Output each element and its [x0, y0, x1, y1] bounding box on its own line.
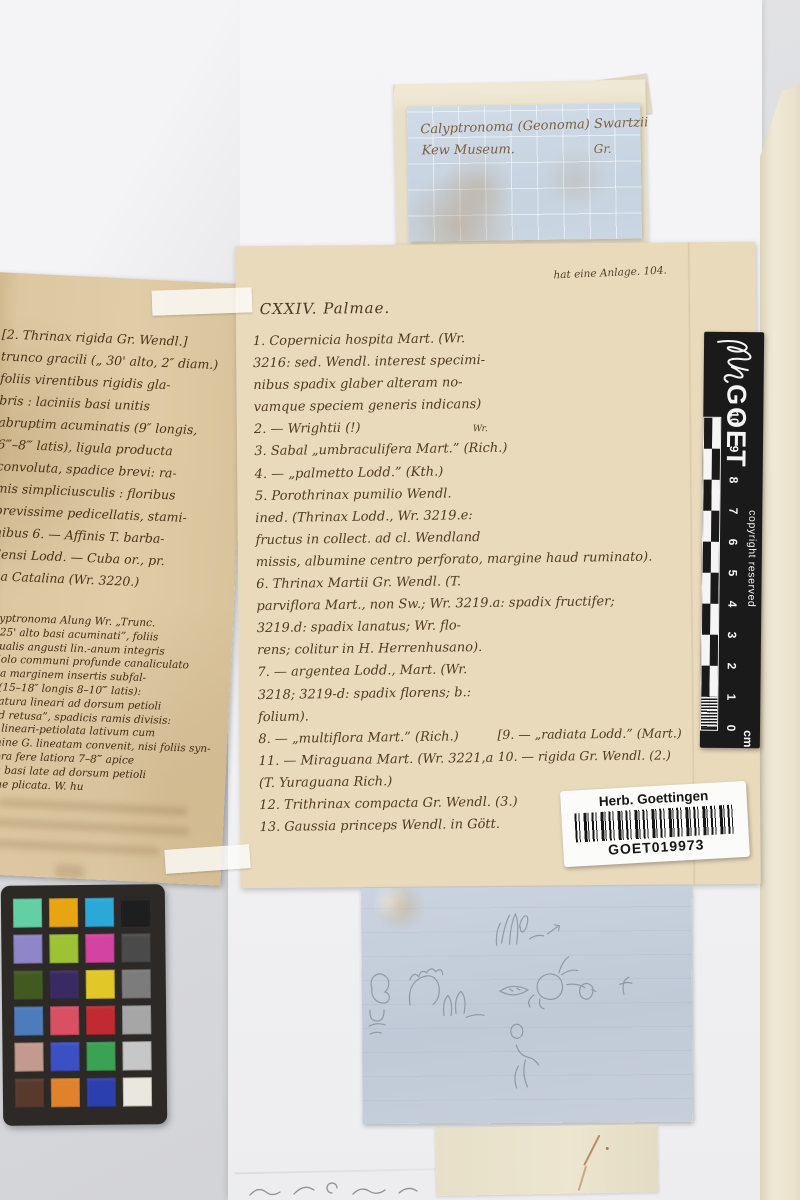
bottom-writing-fragment [246, 1182, 456, 1199]
color-patch [49, 898, 78, 927]
ruler-face: GOET copyright reserved cm 109876543210 [700, 332, 764, 749]
ruler-scale-strip [701, 418, 720, 730]
ruler-number: 3 [725, 620, 739, 650]
stain-streak [578, 1166, 588, 1191]
ruler-scale-segment [709, 666, 717, 697]
ruler-scale-segment [711, 480, 719, 511]
color-patch [51, 1078, 80, 1107]
color-patch [86, 970, 115, 999]
note-source: Kew Museum. [422, 142, 515, 158]
pencil-sketches [361, 886, 693, 1124]
color-patch [85, 934, 114, 963]
color-patch [14, 970, 43, 999]
ruler-scale-segment [701, 666, 709, 697]
ruler-scale-segment [702, 604, 710, 635]
color-patch [122, 1041, 151, 1070]
backing-sheet-top-left [0, 0, 240, 296]
ruler-number: 1 [724, 682, 738, 712]
blue-grid-note: Calyptronoma (Geonoma) Swartzii Gr. Kew … [407, 103, 642, 241]
ruler-scale-segment [703, 511, 711, 542]
scale-ruler: GOET copyright reserved cm 109876543210 [700, 332, 764, 749]
color-patch [13, 934, 42, 963]
right-ivory-sheet [760, 84, 800, 1200]
color-patch [13, 898, 42, 927]
color-patch [86, 1006, 115, 1035]
ink-bleedthrough [54, 864, 85, 879]
ruler-number: 2 [725, 651, 739, 681]
ink-bleedthrough [0, 817, 190, 836]
color-patch [14, 1006, 43, 1035]
color-patch [123, 1077, 152, 1106]
ruler-scale-segment [703, 480, 711, 511]
left-page-block2: Calyptronoma Alung Wr. „Trunc.15–25' alt… [0, 612, 215, 799]
color-patch [85, 898, 114, 927]
ruler-number: 7 [726, 496, 740, 526]
color-patch [15, 1078, 44, 1107]
color-patch [86, 1042, 115, 1071]
ruler-scale-segment [704, 449, 712, 480]
photo-stage: Calyptronoma (Geonoma) Swartzii Gr. Kew … [0, 0, 800, 1200]
ruler-scale-segment [710, 573, 718, 604]
ruler-scale-segment [704, 418, 712, 449]
note-species-name: Calyptronoma (Geonoma) Swartzii [420, 115, 648, 137]
ruler-scale-segment [711, 542, 719, 573]
color-patch [50, 1006, 79, 1035]
note-author-abbrev: Gr. [594, 142, 612, 156]
ruler-scale-segment [703, 542, 711, 573]
bottom-cream-paper [435, 1124, 658, 1196]
manuscript-line: [9. — „radiata Lodd.” (Mart.) [497, 722, 681, 745]
ruler-scale-segment [701, 697, 709, 728]
ruler-unit-label: cm [741, 730, 755, 747]
color-patch [50, 970, 79, 999]
left-manuscript-page: [2. Thrinax rigida Gr. Wendl.]trunco gra… [0, 272, 250, 886]
ruler-scale-segment [710, 604, 718, 635]
color-patch [122, 1005, 151, 1034]
ruler-number: 8 [726, 465, 740, 495]
left-page-block1: [2. Thrinax rigida Gr. Wendl.]trunco gra… [0, 323, 220, 596]
ruler-number: 5 [725, 558, 739, 588]
color-patch [87, 1078, 116, 1107]
sketch-paper [361, 886, 693, 1124]
color-patch [14, 1042, 43, 1071]
color-patch [50, 1042, 79, 1071]
manuscript-line: 10. — rigida Gr. Wendl. (2.) [498, 744, 682, 767]
ruler-number: 9 [727, 434, 741, 464]
annotation-top-right: hat eine Anlage. 104. [553, 265, 667, 282]
ruler-number: 6 [726, 527, 740, 557]
ruler-signature-icon [706, 334, 763, 385]
ruler-number: 10 [727, 403, 741, 433]
ruler-scale-segment [702, 573, 710, 604]
color-checker-card [1, 884, 168, 1126]
barcode-label: Herb. Goettingen GOET019973 [560, 781, 750, 867]
stain-streak [583, 1135, 600, 1166]
ruler-scale-segment [710, 635, 718, 666]
ruler-number: 0 [724, 713, 738, 743]
section-heading: CXXIV. Palmae. [260, 299, 391, 318]
tape-strip-top [152, 287, 253, 315]
ruler-scale-segment [712, 449, 720, 480]
ruler-scale-segment [711, 511, 719, 542]
color-patch [49, 934, 78, 963]
color-patch [122, 969, 151, 998]
ruler-scale-segment [709, 697, 717, 728]
stain-streak [606, 1147, 609, 1150]
right-column-lines: [9. — „radiata Lodd.” (Mart.)10. — rigid… [497, 722, 682, 767]
ink-bleedthrough [0, 798, 188, 816]
ruler-scale-segment [712, 418, 720, 449]
color-patch [121, 933, 150, 962]
superscript-annotation: Wr. [473, 424, 488, 434]
ruler-copyright: copyright reserved [745, 510, 758, 607]
ruler-number: 4 [725, 589, 739, 619]
color-patch [121, 897, 150, 926]
ink-bleedthrough [0, 838, 160, 855]
ruler-scale-segment [702, 635, 710, 666]
color-checker-grid [13, 897, 152, 1107]
